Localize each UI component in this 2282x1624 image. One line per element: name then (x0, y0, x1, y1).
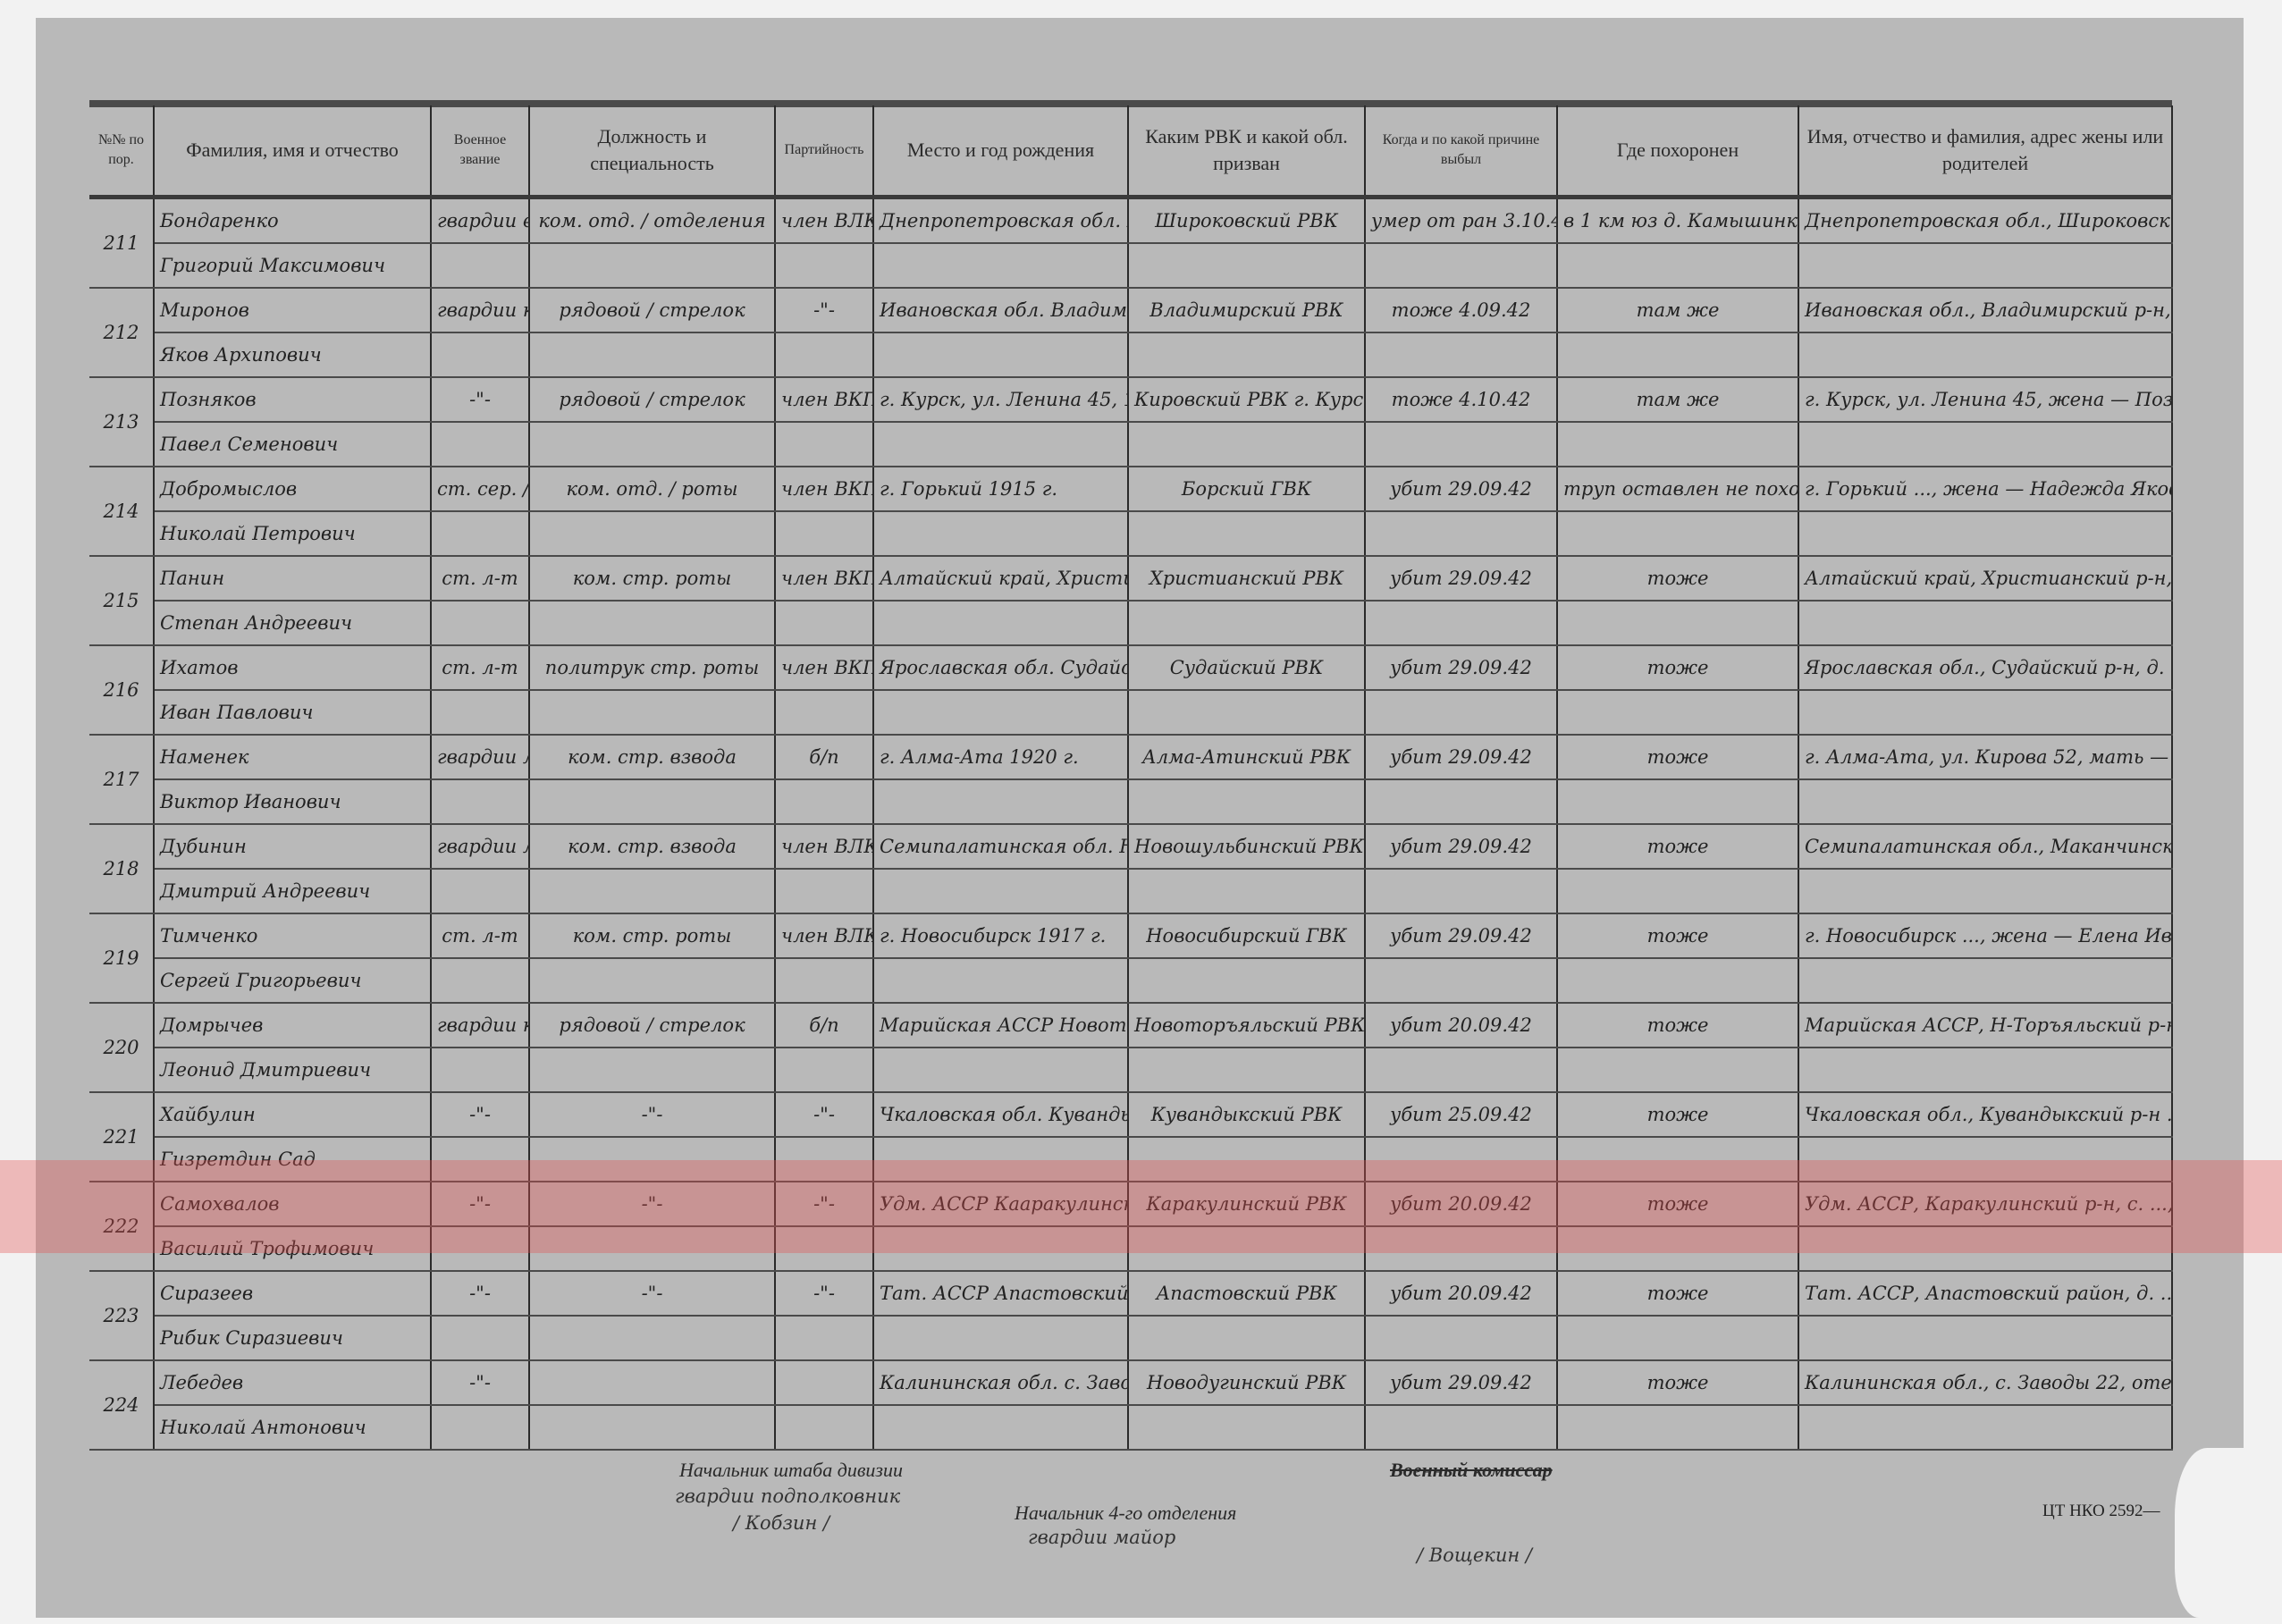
cell-buried: там же (1557, 288, 1798, 332)
cell-position: рядовой / стрелок (529, 1003, 775, 1048)
table-row-continued: Сергей Григорьевич (89, 958, 2172, 1003)
cell-when: тоже 4.10.42 (1365, 377, 1557, 422)
cell-surname: Домрычев (154, 1003, 431, 1048)
cell-empty (1128, 243, 1365, 288)
cell-empty (1365, 332, 1557, 377)
cell-empty (529, 243, 775, 288)
cell-num: 216 (89, 645, 154, 735)
cell-birth: Днепропетровская обл. Широковский р-н 19… (873, 198, 1128, 244)
cell-buried: труп оставлен не похоронен на территории… (1557, 467, 1798, 511)
cell-relatives: Чкаловская обл., Кувандыкский р-н ..., ж… (1798, 1092, 2172, 1137)
cell-empty (1557, 1405, 1798, 1450)
cell-empty (1798, 1137, 2172, 1182)
cell-rank: ст. л-т (431, 556, 529, 601)
cell-empty (873, 1226, 1128, 1271)
cell-relatives: г. Горький ..., жена — Надежда Яковлевна (1798, 467, 2172, 511)
cell-rank: ст. л-т (431, 645, 529, 690)
table-row-continued: Иван Павлович (89, 690, 2172, 735)
cell-position: -"- (529, 1271, 775, 1316)
cell-empty (431, 422, 529, 467)
cell-party (775, 1360, 873, 1405)
cell-buried: тоже (1557, 1271, 1798, 1316)
cell-relatives: Калининская обл., с. Заводы 22, отец — А… (1798, 1360, 2172, 1405)
cell-rvk: Кувандыкский РВК (1128, 1092, 1365, 1137)
cell-buried: в 1 км юз д. Камышинка Мгинского района … (1557, 198, 1798, 244)
cell-num: 217 (89, 735, 154, 824)
dept4-label: Начальник 4-го отделения (1015, 1502, 1236, 1525)
header-birth: Место и год рождения (873, 105, 1128, 198)
cell-buried: тоже (1557, 735, 1798, 779)
cell-party: член ВКП(б) (775, 556, 873, 601)
cell-empty (1365, 601, 1557, 645)
table-row-continued: Григорий Максимович (89, 243, 2172, 288)
cell-empty (1557, 779, 1798, 824)
table-row-continued: Рибик Сиразиевич (89, 1316, 2172, 1360)
cell-when: убит 29.09.42 (1365, 467, 1557, 511)
cell-party: член ВЛКСМ (775, 824, 873, 869)
cell-num: 219 (89, 913, 154, 1003)
cell-rvk: Апастовский РВК (1128, 1271, 1365, 1316)
cell-when: убит 29.09.42 (1365, 1360, 1557, 1405)
cell-rvk: Широковский РВК (1128, 198, 1365, 244)
cell-party: б/п (775, 735, 873, 779)
cell-party: член ВЛКСМ (775, 198, 873, 244)
cell-empty (1557, 1048, 1798, 1092)
cell-empty (1798, 690, 2172, 735)
cell-when: убит 29.09.42 (1365, 556, 1557, 601)
cell-num: 213 (89, 377, 154, 467)
cell-surname: Ихатов (154, 645, 431, 690)
cell-empty (873, 958, 1128, 1003)
cell-surname: Добромыслов (154, 467, 431, 511)
table-row-continued: Николай Петрович (89, 511, 2172, 556)
cell-empty (775, 422, 873, 467)
cell-rank: гвардии кр-ц (431, 1003, 529, 1048)
cell-position: ком. стр. взвода (529, 735, 775, 779)
cell-relatives: Алтайский край, Христианский р-н, жена —… (1798, 556, 2172, 601)
cell-buried: там же (1557, 377, 1798, 422)
cell-when: убит 29.09.42 (1365, 645, 1557, 690)
cell-empty (1365, 1226, 1557, 1271)
cell-buried: тоже (1557, 1182, 1798, 1226)
cell-empty (1798, 779, 2172, 824)
cell-empty (873, 1137, 1128, 1182)
cell-party: -"- (775, 1092, 873, 1137)
cell-empty (431, 243, 529, 288)
cell-empty (1798, 1316, 2172, 1360)
chief-of-staff-rank: гвардии подполковник (675, 1485, 900, 1507)
cell-empty (1365, 1405, 1557, 1450)
cell-when: убит 20.09.42 (1365, 1271, 1557, 1316)
cell-when: умер от ран 3.10.42 (1365, 198, 1557, 244)
cell-given-name: Сергей Григорьевич (154, 958, 431, 1003)
cell-empty (775, 1226, 873, 1271)
cell-given-name: Павел Семенович (154, 422, 431, 467)
table-row-continued: Яков Архипович (89, 332, 2172, 377)
cell-empty (529, 779, 775, 824)
cell-party: б/п (775, 1003, 873, 1048)
cell-empty (431, 511, 529, 556)
cell-birth: г. Алма-Ата 1920 г. (873, 735, 1128, 779)
cell-empty (873, 690, 1128, 735)
cell-birth: Алтайский край, Христианский р-н 1911 г. (873, 556, 1128, 601)
cell-empty (431, 601, 529, 645)
cell-surname: Миронов (154, 288, 431, 332)
table-row-continued: Павел Семенович (89, 422, 2172, 467)
cell-empty (1128, 1137, 1365, 1182)
cell-rank: ст. л-т (431, 913, 529, 958)
cell-empty (775, 869, 873, 913)
cell-rvk: Новосибирский ГВК (1128, 913, 1365, 958)
cell-rvk: Алма-Атинский РВК (1128, 735, 1365, 779)
table-row: 218Дубинингвардии л-тком. стр. взводачле… (89, 824, 2172, 869)
cell-relatives: г. Алма-Ата, ул. Кирова 52, мать — Мария… (1798, 735, 2172, 779)
table-row: 212Мироновгвардии кр-црядовой / стрелок-… (89, 288, 2172, 332)
cell-empty (1128, 332, 1365, 377)
cell-empty (1798, 1226, 2172, 1271)
cell-rvk: Каракулинский РВК (1128, 1182, 1365, 1226)
cell-position: политрук стр. роты (529, 645, 775, 690)
cell-given-name: Яков Архипович (154, 332, 431, 377)
cell-empty (529, 1226, 775, 1271)
cell-given-name: Василий Трофимович (154, 1226, 431, 1271)
cell-empty (1365, 779, 1557, 824)
cell-empty (775, 779, 873, 824)
cell-relatives: Тат. АССР, Апастовский район, д. ..., же… (1798, 1271, 2172, 1316)
table-row: 214Добромысловст. сер. / л-тком. отд. / … (89, 467, 2172, 511)
table-row-continued: Леонид Дмитриевич (89, 1048, 2172, 1092)
cell-rank: -"- (431, 377, 529, 422)
header-num: №№ по пор. (89, 105, 154, 198)
cell-birth: Чкаловская обл. Кувандыкский р-н 1900 г. (873, 1092, 1128, 1137)
cell-relatives: Удм. АССР, Каракулинский р-н, с. ..., же… (1798, 1182, 2172, 1226)
cell-rank: -"- (431, 1271, 529, 1316)
cell-given-name: Иван Павлович (154, 690, 431, 735)
cell-empty (873, 601, 1128, 645)
cell-empty (529, 1137, 775, 1182)
cell-empty (1128, 958, 1365, 1003)
header-buried: Где похоронен (1557, 105, 1798, 198)
cell-empty (873, 243, 1128, 288)
cell-rank: гвардии ефрейтор (431, 198, 529, 244)
cell-empty (1365, 958, 1557, 1003)
cell-empty (529, 1316, 775, 1360)
cell-empty (775, 1048, 873, 1092)
casualty-table: №№ по пор. Фамилия, имя и отчество Военн… (89, 105, 2173, 1451)
cell-rvk: Христианский РВК (1128, 556, 1365, 601)
cell-empty (1128, 779, 1365, 824)
cell-relatives: Днепропетровская обл., Широковский р-н, … (1798, 198, 2172, 244)
cell-given-name: Гизретдин Сад (154, 1137, 431, 1182)
cell-empty (873, 511, 1128, 556)
cell-when: убит 29.09.42 (1365, 913, 1557, 958)
cell-buried: тоже (1557, 824, 1798, 869)
cell-empty (1128, 1316, 1365, 1360)
commissar-label-struck: Военный комиссар (1390, 1459, 1553, 1482)
cell-rank: гвардии л-т (431, 735, 529, 779)
cell-empty (775, 1316, 873, 1360)
cell-empty (431, 779, 529, 824)
cell-buried: тоже (1557, 645, 1798, 690)
table-row-continued: Виктор Иванович (89, 779, 2172, 824)
cell-rvk: Новошульбинский РВК (1128, 824, 1365, 869)
header-rank: Военное звание (431, 105, 529, 198)
cell-empty (1798, 958, 2172, 1003)
cell-empty (529, 958, 775, 1003)
cell-relatives: Ивановская обл., Владимирский р-н, село … (1798, 288, 2172, 332)
cell-empty (1798, 1405, 2172, 1450)
cell-empty (775, 1137, 873, 1182)
cell-num: 215 (89, 556, 154, 645)
cell-surname: Лебедев (154, 1360, 431, 1405)
cell-empty (1798, 869, 2172, 913)
cell-empty (431, 1137, 529, 1182)
cell-buried: тоже (1557, 1003, 1798, 1048)
cell-party: член ВКП(б) (775, 377, 873, 422)
cell-empty (1365, 243, 1557, 288)
cell-when: убит 29.09.42 (1365, 824, 1557, 869)
cell-empty (1557, 690, 1798, 735)
cell-empty (1128, 1226, 1365, 1271)
cell-empty (1798, 1048, 2172, 1092)
cell-when: убит 29.09.42 (1365, 735, 1557, 779)
table-row: 216Ихатовст. л-тполитрук стр. ротычлен В… (89, 645, 2172, 690)
cell-rvk: Судайский РВК (1128, 645, 1365, 690)
cell-empty (1128, 511, 1365, 556)
table-row: 213Позняков-"-рядовой / стрелокчлен ВКП(… (89, 377, 2172, 422)
cell-empty (431, 958, 529, 1003)
cell-empty (1128, 601, 1365, 645)
cell-birth: Ивановская обл. Владимирский р-н 1921 г. (873, 288, 1128, 332)
cell-position: ком. отд. / роты (529, 467, 775, 511)
table-row: 220Домрычевгвардии кр-црядовой / стрелок… (89, 1003, 2172, 1048)
table-row: 224Лебедев-"-Калининская обл. с. Заводы … (89, 1360, 2172, 1405)
table-row: 221Хайбулин-"--"--"-Чкаловская обл. Кува… (89, 1092, 2172, 1137)
cell-rank: -"- (431, 1360, 529, 1405)
cell-empty (1557, 869, 1798, 913)
cell-position: ком. стр. роты (529, 556, 775, 601)
cell-empty (775, 601, 873, 645)
cell-empty (873, 1048, 1128, 1092)
cell-empty (529, 332, 775, 377)
cell-empty (1798, 511, 2172, 556)
cell-empty (775, 1405, 873, 1450)
cell-given-name: Леонид Дмитриевич (154, 1048, 431, 1092)
cell-empty (1798, 243, 2172, 288)
cell-empty (1798, 601, 2172, 645)
cell-num: 223 (89, 1271, 154, 1360)
cell-empty (1557, 601, 1798, 645)
cell-empty (431, 1405, 529, 1450)
cell-empty (529, 690, 775, 735)
commissar-name: / Вощекин / (1417, 1544, 1532, 1566)
cell-position: рядовой / стрелок (529, 377, 775, 422)
cell-empty (529, 422, 775, 467)
cell-birth: г. Новосибирск 1917 г. (873, 913, 1128, 958)
cell-party: член ВКП(б) (775, 645, 873, 690)
chief-of-staff-name: / Кобзин / (733, 1512, 829, 1534)
cell-surname: Дубинин (154, 824, 431, 869)
cell-num: 220 (89, 1003, 154, 1092)
cell-when: убит 25.09.42 (1365, 1092, 1557, 1137)
cell-surname: Панин (154, 556, 431, 601)
table-row-continued: Гизретдин Сад (89, 1137, 2172, 1182)
dept4-rank: гвардии майор (1028, 1527, 1175, 1548)
header-row: №№ по пор. Фамилия, имя и отчество Военн… (89, 105, 2172, 198)
cell-rank: ст. сер. / л-т (431, 467, 529, 511)
cell-empty (529, 511, 775, 556)
cell-empty (1557, 958, 1798, 1003)
cell-empty (1365, 422, 1557, 467)
cell-position: -"- (529, 1182, 775, 1226)
cell-surname: Тимченко (154, 913, 431, 958)
cell-num: 222 (89, 1182, 154, 1271)
cell-given-name: Рибик Сиразиевич (154, 1316, 431, 1360)
cell-empty (529, 1048, 775, 1092)
cell-empty (873, 1405, 1128, 1450)
cell-birth: Ярославская обл. Судайский р-н 1923 г. (873, 645, 1128, 690)
cell-relatives: Марийская АССР, Н-Торъяльский р-н, д. ..… (1798, 1003, 2172, 1048)
cell-empty (1798, 422, 2172, 467)
table-row-continued: Степан Андреевич (89, 601, 2172, 645)
cell-birth: Калининская обл. с. Заводы 1923 г. (873, 1360, 1128, 1405)
cell-empty (775, 332, 873, 377)
cell-empty (1557, 1226, 1798, 1271)
cell-empty (1365, 1137, 1557, 1182)
cell-birth: г. Горький 1915 г. (873, 467, 1128, 511)
cell-given-name: Степан Андреевич (154, 601, 431, 645)
cell-empty (1557, 1316, 1798, 1360)
cell-buried: тоже (1557, 913, 1798, 958)
cell-birth: Семипалатинская обл. Новошульбинский р-н… (873, 824, 1128, 869)
cell-num: 218 (89, 824, 154, 913)
cell-num: 224 (89, 1360, 154, 1450)
table-row: 215Панинст. л-тком. стр. ротычлен ВКП(б)… (89, 556, 2172, 601)
cell-empty (1557, 511, 1798, 556)
cell-buried: тоже (1557, 556, 1798, 601)
cell-relatives: г. Новосибирск ..., жена — Елена Ивановн… (1798, 913, 2172, 958)
cell-empty (873, 422, 1128, 467)
cell-empty (1557, 422, 1798, 467)
cell-empty (529, 601, 775, 645)
cell-rank: гвардии кр-ц (431, 288, 529, 332)
cell-empty (1128, 869, 1365, 913)
cell-surname: Хайбулин (154, 1092, 431, 1137)
cell-given-name: Николай Антонович (154, 1405, 431, 1450)
cell-empty (529, 869, 775, 913)
torn-edge (2175, 1448, 2255, 1618)
cell-buried: тоже (1557, 1092, 1798, 1137)
cell-empty (1128, 1405, 1365, 1450)
cell-empty (873, 869, 1128, 913)
cell-given-name: Николай Петрович (154, 511, 431, 556)
cell-rvk: Новоторъяльский РВК (1128, 1003, 1365, 1048)
cell-party: -"- (775, 288, 873, 332)
header-relatives: Имя, отчество и фамилия, адрес жены или … (1798, 105, 2172, 198)
cell-when: убит 20.09.42 (1365, 1003, 1557, 1048)
cell-empty (775, 511, 873, 556)
cell-rank: -"- (431, 1182, 529, 1226)
cell-empty (873, 1316, 1128, 1360)
cell-empty (1365, 511, 1557, 556)
cell-num: 212 (89, 288, 154, 377)
cell-party: член ВКП(б) (775, 467, 873, 511)
cell-empty (1557, 243, 1798, 288)
table-row: 219Тимченкост. л-тком. стр. ротычлен ВЛК… (89, 913, 2172, 958)
cell-num: 221 (89, 1092, 154, 1182)
cell-position: рядовой / стрелок (529, 288, 775, 332)
table-row-continued: Николай Антонович (89, 1405, 2172, 1450)
cell-party: член ВЛКСМ (775, 913, 873, 958)
table-row-continued: Дмитрий Андреевич (89, 869, 2172, 913)
cell-position: ком. стр. роты (529, 913, 775, 958)
cell-empty (1557, 332, 1798, 377)
cell-empty (431, 332, 529, 377)
cell-position: ком. стр. взвода (529, 824, 775, 869)
cell-position: -"- (529, 1092, 775, 1137)
cell-empty (1365, 690, 1557, 735)
cell-rvk: Новодугинский РВК (1128, 1360, 1365, 1405)
cell-empty (1128, 690, 1365, 735)
cell-given-name: Григорий Максимович (154, 243, 431, 288)
header-rvk: Каким РВК и какой обл. призван (1128, 105, 1365, 198)
cell-num: 214 (89, 467, 154, 556)
cell-birth: Тат. АССР Апастовский р-н 1911 г. (873, 1271, 1128, 1316)
cell-empty (1128, 422, 1365, 467)
cell-rank: -"- (431, 1092, 529, 1137)
table-row-continued: Василий Трофимович (89, 1226, 2172, 1271)
cell-empty (431, 1048, 529, 1092)
cell-empty (1128, 1048, 1365, 1092)
cell-surname: Наменек (154, 735, 431, 779)
cell-surname: Позняков (154, 377, 431, 422)
cell-empty (873, 779, 1128, 824)
header-party: Партийность (775, 105, 873, 198)
cell-empty (1365, 869, 1557, 913)
cell-given-name: Виктор Иванович (154, 779, 431, 824)
cell-birth: Удм. АССР Кааракулинский р-н 1911 г. (873, 1182, 1128, 1226)
cell-num: 211 (89, 198, 154, 289)
cell-relatives: Ярославская обл., Судайский р-н, д. ...,… (1798, 645, 2172, 690)
cell-buried: тоже (1557, 1360, 1798, 1405)
header-name: Фамилия, имя и отчество (154, 105, 431, 198)
cell-when: убит 20.09.42 (1365, 1182, 1557, 1226)
cell-surname: Сиразеев (154, 1271, 431, 1316)
cell-birth: г. Курск, ул. Ленина 45, 1912 г. (873, 377, 1128, 422)
table-row: 223Сиразеев-"--"--"-Тат. АССР Апастовски… (89, 1271, 2172, 1316)
cell-empty (431, 690, 529, 735)
cell-surname: Бондаренко (154, 198, 431, 244)
cell-empty (775, 958, 873, 1003)
cell-empty (431, 869, 529, 913)
cell-rvk: Борский ГВК (1128, 467, 1365, 511)
cell-empty (1365, 1048, 1557, 1092)
cell-party: -"- (775, 1271, 873, 1316)
table-row: 211Бондаренкогвардии ефрейторком. отд. /… (89, 198, 2172, 244)
cell-empty (1557, 1137, 1798, 1182)
cell-empty (431, 1226, 529, 1271)
header-when: Когда и по какой причине выбыл (1365, 105, 1557, 198)
cell-empty (1798, 332, 2172, 377)
cell-empty (1365, 1316, 1557, 1360)
cell-position (529, 1360, 775, 1405)
cell-when: тоже 4.09.42 (1365, 288, 1557, 332)
chief-of-staff-label: Начальник штаба дивизии (679, 1459, 903, 1482)
cell-empty (873, 332, 1128, 377)
cell-rvk: Владимирский РВК (1128, 288, 1365, 332)
form-code: ЦТ НКО 2592— (2042, 1502, 2160, 1521)
cell-empty (529, 1405, 775, 1450)
